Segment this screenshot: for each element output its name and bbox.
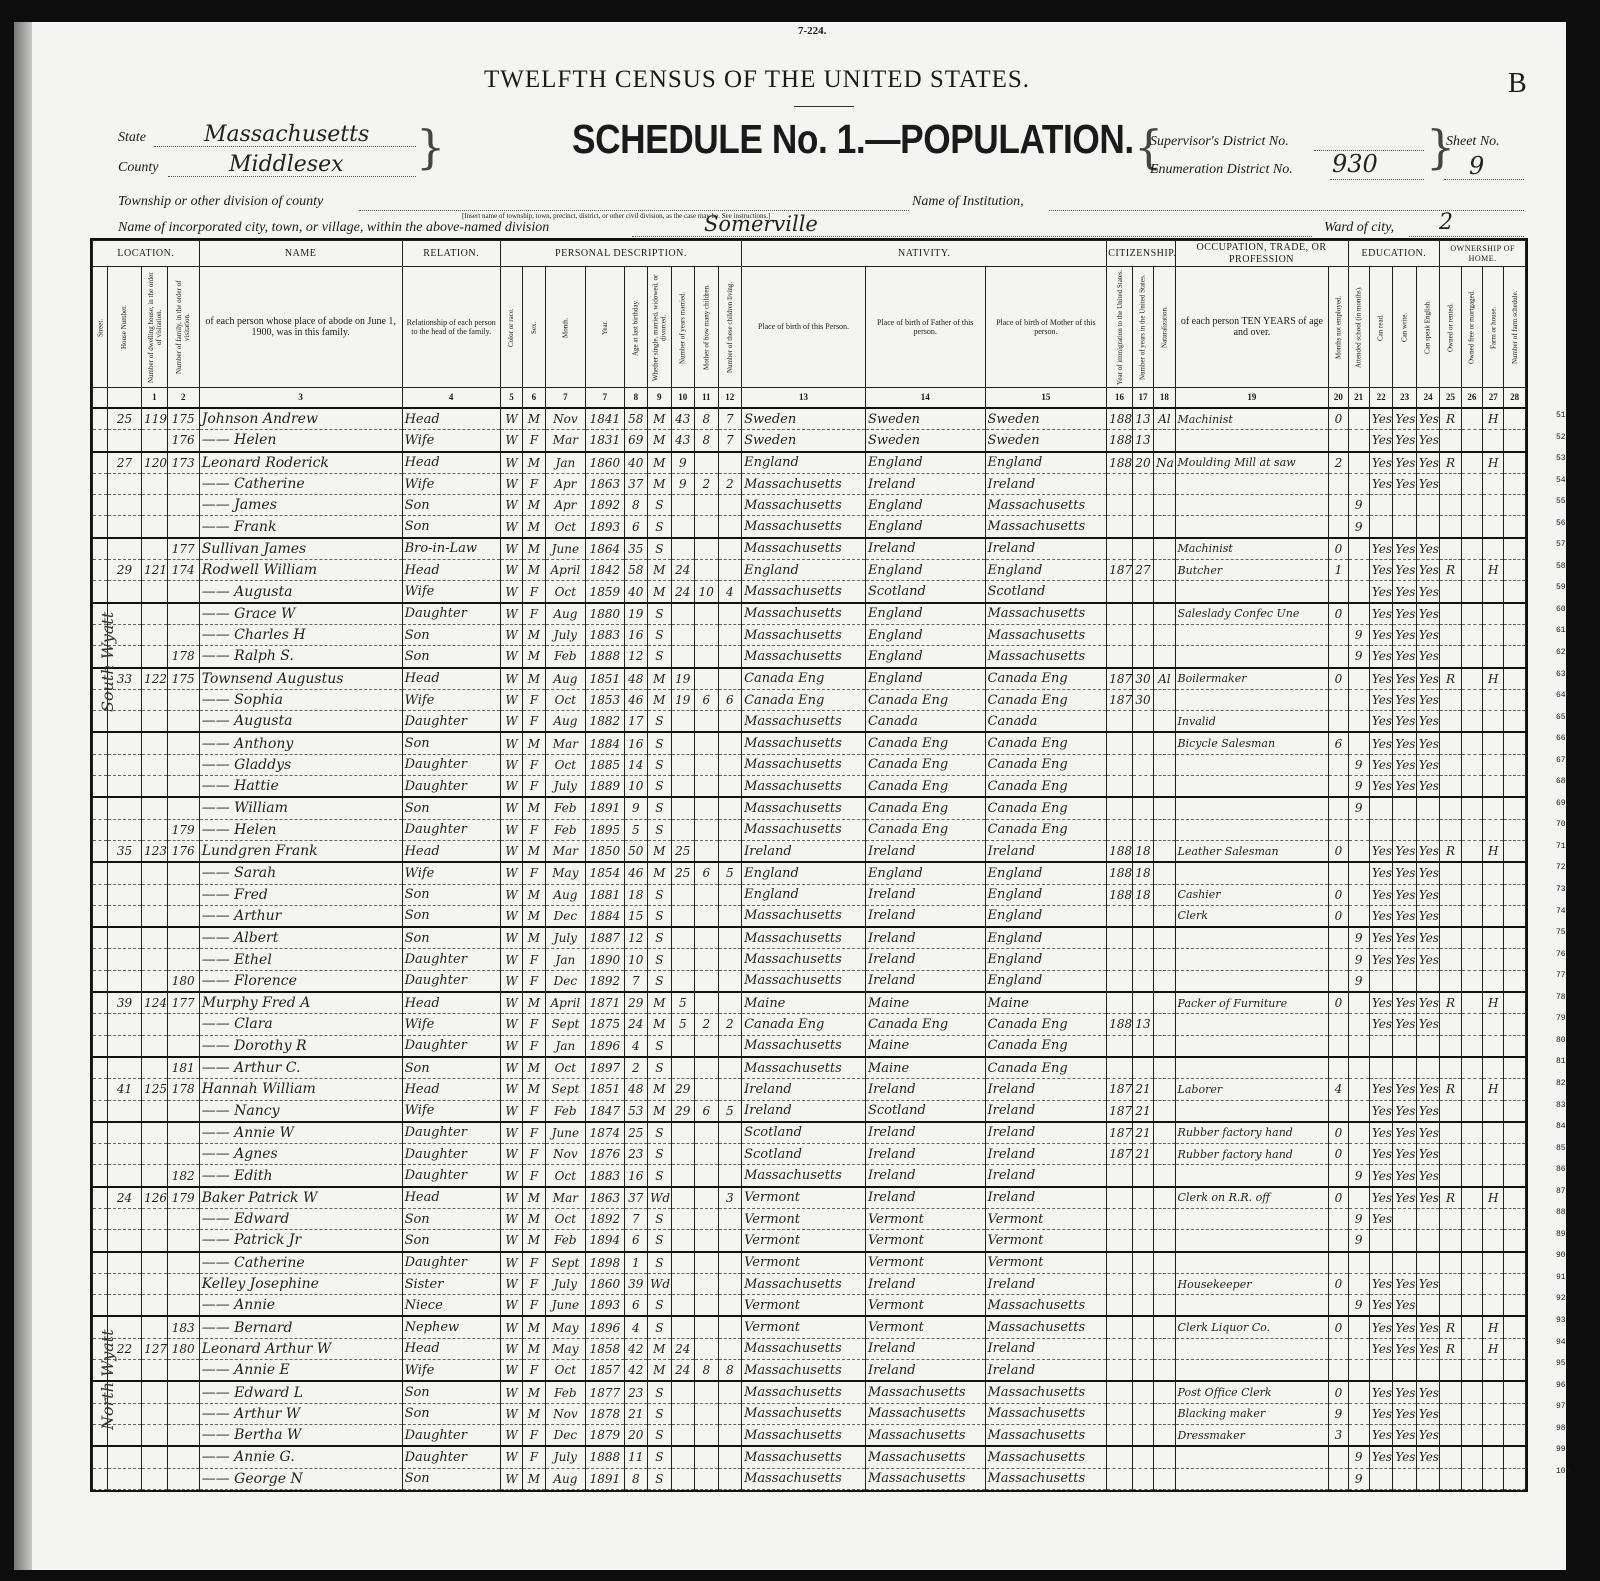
years-married-cell: 29 — [671, 1100, 694, 1122]
column-number-13: 11 — [695, 388, 718, 409]
birth-month-cell: Aug — [545, 711, 586, 733]
marital-status-cell: S — [648, 1381, 671, 1403]
can-speak-english-cell: Yes — [1416, 1165, 1440, 1187]
table-row: —— HattieDaughterWFJuly188910SMassachuse… — [93, 776, 1526, 798]
years-married-cell — [671, 1187, 694, 1209]
marital-status-cell: S — [648, 1144, 671, 1165]
owned-free-cell — [1461, 1035, 1482, 1057]
owned-free-cell — [1461, 1079, 1482, 1100]
family-number-cell — [167, 1295, 199, 1317]
birth-year-cell: 1842 — [586, 560, 624, 581]
sex-cell: F — [523, 862, 545, 884]
farm-house-cell: H — [1483, 1079, 1504, 1100]
age-cell: 2 — [624, 1057, 647, 1079]
months-unemployed-cell — [1329, 495, 1348, 516]
dwelling-number-cell — [142, 624, 168, 645]
birth-month-cell: May — [545, 1338, 586, 1359]
immigration-year-cell: 1887 — [1107, 1014, 1133, 1035]
birthplace-cell: England — [742, 884, 866, 905]
can-speak-english-cell: Yes — [1416, 732, 1440, 754]
school-months-cell — [1348, 1122, 1369, 1144]
father-birthplace-cell: Maine — [865, 992, 985, 1014]
mother-of-cell — [695, 992, 718, 1014]
person-name-cell: —— Annie E — [199, 1360, 402, 1382]
column-header-26-28: Owned free or mortgaged. — [1461, 267, 1482, 388]
children-living-cell — [718, 776, 742, 798]
mother-birthplace-cell: Canada Eng — [985, 689, 1107, 710]
mother-birthplace-cell: Ireland — [985, 1079, 1107, 1100]
table-row: 39124177Murphy Fred AHeadWMApril187129M5… — [93, 992, 1526, 1014]
birth-month-cell: July — [545, 776, 586, 798]
mother-birthplace-cell: Canada — [985, 711, 1107, 733]
children-living-cell — [718, 1468, 742, 1489]
birth-year-cell: 1892 — [586, 970, 624, 992]
sex-cell: F — [523, 1035, 545, 1057]
occupation-cell: Rubber factory hand — [1175, 1144, 1329, 1165]
relation-cell: Niece — [402, 1295, 500, 1317]
owned-rented-cell — [1440, 927, 1461, 949]
age-cell: 48 — [624, 668, 647, 690]
years-in-us-cell — [1132, 1165, 1153, 1187]
can-write-cell: Yes — [1393, 1273, 1416, 1294]
marital-status-cell: M — [648, 452, 671, 474]
relation-cell: Daughter — [402, 1122, 500, 1144]
sex-cell: M — [523, 1208, 545, 1229]
age-cell: 5 — [624, 819, 647, 840]
birth-month-cell: Mar — [545, 840, 586, 862]
birth-month-cell: July — [545, 624, 586, 645]
education-group-header: EDUCATION. — [1348, 241, 1440, 267]
farm-house-cell — [1483, 538, 1504, 560]
owned-rented-cell — [1440, 516, 1461, 538]
person-name-cell: —— Catherine — [199, 1252, 402, 1274]
naturalization-cell: Na — [1154, 452, 1175, 474]
family-number-cell: 177 — [167, 538, 199, 560]
years-in-us-cell — [1132, 473, 1153, 494]
farm-house-cell — [1483, 884, 1504, 905]
line-numbers-right: 5152535455565758596061626364656667686970… — [1556, 405, 1570, 1482]
street-cell — [93, 1057, 108, 1079]
months-unemployed-cell: 0 — [1329, 992, 1348, 1014]
farm-house-cell — [1483, 1468, 1504, 1489]
months-unemployed-cell: 9 — [1329, 1403, 1348, 1424]
marital-status-cell: S — [648, 1122, 671, 1144]
relation-cell: Son — [402, 1057, 500, 1079]
school-months-cell: 9 — [1348, 1208, 1369, 1229]
can-write-cell: Yes — [1393, 1079, 1416, 1100]
column-header-8-10: Age at last birthday. — [624, 267, 647, 388]
family-number-cell: 179 — [167, 819, 199, 840]
age-cell: 4 — [624, 1316, 647, 1338]
age-cell: 19 — [624, 603, 647, 625]
mother-birthplace-cell: Ireland — [985, 1144, 1107, 1165]
mother-of-cell — [695, 797, 718, 819]
mother-birthplace-cell: Massachusetts — [985, 1381, 1107, 1403]
mother-of-cell: 6 — [695, 689, 718, 710]
relation-cell: Wife — [402, 689, 500, 710]
house-number-cell — [107, 430, 141, 452]
person-name-cell: —— Annie W — [199, 1122, 402, 1144]
color-cell: W — [500, 927, 522, 949]
township-label: Township or other division of county — [118, 194, 323, 210]
mother-of-cell — [695, 1273, 718, 1294]
family-number-cell — [167, 884, 199, 905]
enumeration-district-label: Enumeration District No. — [1150, 162, 1293, 178]
birth-year-cell: 1892 — [586, 495, 624, 516]
family-number-cell: 173 — [167, 452, 199, 474]
years-in-us-cell — [1132, 1295, 1153, 1317]
column-number-29: 27 — [1483, 388, 1504, 409]
father-birthplace-cell: Massachusetts — [865, 1424, 985, 1446]
street-cell — [93, 992, 108, 1014]
owned-free-cell — [1461, 1230, 1482, 1252]
children-living-cell — [718, 840, 742, 862]
sex-cell: M — [523, 516, 545, 538]
months-unemployed-cell — [1329, 1468, 1348, 1489]
dwelling-number-cell: 125 — [142, 1079, 168, 1100]
birth-month-cell: Jan — [545, 949, 586, 970]
house-number-cell — [107, 905, 141, 927]
mother-birthplace-cell: Massachusetts — [985, 1403, 1107, 1424]
owned-free-cell — [1461, 1057, 1482, 1079]
occupation-cell: Packer of Furniture — [1175, 992, 1329, 1014]
relation-cell: Son — [402, 1403, 500, 1424]
school-months-cell: 9 — [1348, 495, 1369, 516]
table-row: —— FredSonWMAug188118SEnglandIrelandEngl… — [93, 884, 1526, 905]
house-number-cell — [107, 1057, 141, 1079]
location-group-header: LOCATION. — [93, 241, 200, 267]
dwelling-number-cell — [142, 1468, 168, 1489]
naturalization-cell — [1154, 560, 1175, 581]
farm-house-cell — [1483, 1424, 1504, 1446]
relation-cell: Wife — [402, 1360, 500, 1382]
can-write-cell: Yes — [1393, 905, 1416, 927]
birth-month-cell: Nov — [545, 1144, 586, 1165]
column-header-22-24: Can read. — [1369, 267, 1392, 388]
children-living-cell — [718, 992, 742, 1014]
column-number-27: 25 — [1440, 388, 1461, 409]
occupation-cell — [1175, 624, 1329, 645]
line-number: 76 — [1556, 944, 1570, 966]
years-in-us-cell — [1132, 1208, 1153, 1229]
owned-rented-cell — [1440, 1360, 1461, 1382]
occupation-cell — [1175, 1295, 1329, 1317]
column-header-17-19: Number of years in the United States. — [1132, 267, 1153, 388]
age-cell: 48 — [624, 1079, 647, 1100]
farm-schedule-cell — [1504, 1338, 1526, 1359]
family-number-cell — [167, 1144, 199, 1165]
farm-schedule-cell — [1504, 1165, 1526, 1187]
years-in-us-cell — [1132, 646, 1153, 668]
years-married-cell — [671, 624, 694, 645]
can-write-cell: Yes — [1393, 581, 1416, 603]
birth-year-cell: 1881 — [586, 884, 624, 905]
farm-schedule-cell — [1504, 840, 1526, 862]
owned-free-cell — [1461, 624, 1482, 645]
family-number-cell — [167, 495, 199, 516]
person-name-cell: —— Arthur — [199, 905, 402, 927]
sex-cell: M — [523, 538, 545, 560]
farm-schedule-cell — [1504, 1446, 1526, 1468]
street-cell — [93, 408, 108, 430]
age-cell: 42 — [624, 1338, 647, 1359]
years-married-cell — [671, 1295, 694, 1317]
mother-birthplace-cell: England — [985, 905, 1107, 927]
children-living-cell — [718, 1381, 742, 1403]
years-in-us-cell — [1132, 1057, 1153, 1079]
school-months-cell — [1348, 819, 1369, 840]
immigration-year-cell — [1107, 1360, 1133, 1382]
street-cell — [93, 516, 108, 538]
father-birthplace-cell: Ireland — [865, 949, 985, 970]
can-speak-english-cell: Yes — [1416, 646, 1440, 668]
owned-free-cell — [1461, 1208, 1482, 1229]
owned-free-cell — [1461, 711, 1482, 733]
can-write-cell: Yes — [1393, 1316, 1416, 1338]
immigration-year-cell — [1107, 581, 1133, 603]
mother-of-cell — [695, 1316, 718, 1338]
birth-month-cell: Aug — [545, 668, 586, 690]
years-in-us-cell — [1132, 1273, 1153, 1294]
farm-schedule-cell — [1504, 862, 1526, 884]
years-married-cell — [671, 711, 694, 733]
can-read-cell: Yes — [1369, 1144, 1392, 1165]
mother-of-cell — [695, 1446, 718, 1468]
can-read-cell: Yes — [1369, 408, 1392, 430]
house-number-cell — [107, 819, 141, 840]
owned-free-cell — [1461, 884, 1482, 905]
age-cell: 42 — [624, 1360, 647, 1382]
occupation-cell: Clerk — [1175, 905, 1329, 927]
owned-rented-cell — [1440, 754, 1461, 775]
birth-month-cell: Apr — [545, 473, 586, 494]
person-name-cell: —— Hattie — [199, 776, 402, 798]
owned-free-cell — [1461, 560, 1482, 581]
mother-birthplace-cell: Ireland — [985, 1165, 1107, 1187]
can-write-cell: Yes — [1393, 689, 1416, 710]
owned-rented-cell — [1440, 1230, 1461, 1252]
father-birthplace-cell: Ireland — [865, 1273, 985, 1294]
age-cell: 40 — [624, 452, 647, 474]
sex-cell: M — [523, 1381, 545, 1403]
marital-status-cell: S — [648, 1208, 671, 1229]
person-name-cell: —— Sophia — [199, 689, 402, 710]
children-living-cell: 3 — [718, 1187, 742, 1209]
color-cell: W — [500, 1100, 522, 1122]
school-months-cell: 9 — [1348, 927, 1369, 949]
farm-house-cell — [1483, 1273, 1504, 1294]
birth-year-cell: 1893 — [586, 1295, 624, 1317]
dwelling-number-cell: 127 — [142, 1338, 168, 1359]
dwelling-number-cell — [142, 949, 168, 970]
table-row: 25119175Johnson AndrewHeadWMNov184158M43… — [93, 408, 1526, 430]
immigration-year-cell — [1107, 927, 1133, 949]
can-speak-english-cell: Yes — [1416, 1273, 1440, 1294]
sex-cell: F — [523, 1252, 545, 1274]
school-months-cell — [1348, 473, 1369, 494]
years-married-cell — [671, 776, 694, 798]
age-cell: 69 — [624, 430, 647, 452]
months-unemployed-cell — [1329, 1446, 1348, 1468]
line-number: 98 — [1556, 1418, 1570, 1440]
school-months-cell: 9 — [1348, 1230, 1369, 1252]
birthplace-cell: Massachusetts — [742, 711, 866, 733]
can-speak-english-cell: Yes — [1416, 754, 1440, 775]
family-number-cell — [167, 1360, 199, 1382]
street-cell — [93, 711, 108, 733]
immigration-year-cell — [1107, 1381, 1133, 1403]
children-living-cell — [718, 1446, 742, 1468]
age-cell: 39 — [624, 1273, 647, 1294]
age-cell: 24 — [624, 1014, 647, 1035]
relation-cell: Son — [402, 624, 500, 645]
years-married-cell: 24 — [671, 560, 694, 581]
can-speak-english-cell: Yes — [1416, 1014, 1440, 1035]
occupation-cell — [1175, 819, 1329, 840]
can-speak-english-cell: Yes — [1416, 949, 1440, 970]
relation-cell: Son — [402, 646, 500, 668]
naturalization-cell — [1154, 1446, 1175, 1468]
occupation-cell — [1175, 1057, 1329, 1079]
marital-status-cell: M — [648, 430, 671, 452]
can-write-cell: Yes — [1393, 1144, 1416, 1165]
school-months-cell — [1348, 689, 1369, 710]
sex-cell: M — [523, 1316, 545, 1338]
table-row: 181—— Arthur C.SonWMOct18972SMassachuset… — [93, 1057, 1526, 1079]
dwelling-number-cell — [142, 1057, 168, 1079]
birth-month-cell: Jan — [545, 452, 586, 474]
farm-schedule-cell — [1504, 560, 1526, 581]
dwelling-number-cell — [142, 646, 168, 668]
father-birthplace-cell: England — [865, 603, 985, 625]
house-number-cell — [107, 970, 141, 992]
owned-free-cell — [1461, 516, 1482, 538]
can-speak-english-cell — [1416, 1208, 1440, 1229]
family-number-cell — [167, 1122, 199, 1144]
birth-year-cell: 1871 — [586, 992, 624, 1014]
supervisor-district-label: Supervisor's District No. — [1150, 134, 1289, 150]
occupation-cell: Housekeeper — [1175, 1273, 1329, 1294]
years-in-us-cell — [1132, 495, 1153, 516]
years-married-cell: 24 — [671, 581, 694, 603]
dwelling-number-cell — [142, 689, 168, 710]
birthplace-cell: Massachusetts — [742, 1035, 866, 1057]
can-read-cell: Yes — [1369, 884, 1392, 905]
years-married-cell — [671, 1468, 694, 1489]
mother-of-cell — [695, 711, 718, 733]
birth-month-cell: Feb — [545, 1100, 586, 1122]
street-cell — [93, 1079, 108, 1100]
farm-schedule-cell — [1504, 1208, 1526, 1229]
birth-year-cell: 1889 — [586, 776, 624, 798]
can-speak-english-cell: Yes — [1416, 668, 1440, 690]
immigration-year-cell — [1107, 754, 1133, 775]
can-speak-english-cell — [1416, 819, 1440, 840]
mother-birthplace-cell: Massachusetts — [985, 624, 1107, 645]
column-number-21: 19 — [1175, 388, 1329, 409]
family-number-cell: 179 — [167, 1187, 199, 1209]
table-row: —— ClaraWifeWFSept187524M522Canada EngCa… — [93, 1014, 1526, 1035]
children-living-cell: 5 — [718, 862, 742, 884]
line-number: 82 — [1556, 1073, 1570, 1095]
farm-house-cell: H — [1483, 840, 1504, 862]
column-header-12-14: Number of these children living. — [718, 267, 742, 388]
naturalization-cell — [1154, 1230, 1175, 1252]
years-in-us-cell — [1132, 603, 1153, 625]
mother-of-cell — [695, 1122, 718, 1144]
birth-year-cell: 1893 — [586, 516, 624, 538]
birth-year-cell: 1878 — [586, 1403, 624, 1424]
form-number: 7-224. — [798, 25, 826, 37]
dwelling-number-cell: 122 — [142, 668, 168, 690]
occupation-cell: Boilermaker — [1175, 668, 1329, 690]
street-note-north: North Wyatt — [98, 1329, 117, 1430]
owned-free-cell — [1461, 668, 1482, 690]
father-birthplace-cell: Vermont — [865, 1208, 985, 1229]
years-in-us-cell: 30 — [1132, 668, 1153, 690]
school-months-cell: 9 — [1348, 1165, 1369, 1187]
dwelling-number-cell — [142, 1381, 168, 1403]
family-number-cell — [167, 1252, 199, 1274]
birthplace-cell: Massachusetts — [742, 1338, 866, 1359]
dwelling-number-cell — [142, 516, 168, 538]
color-cell: W — [500, 1252, 522, 1274]
birth-month-cell: May — [545, 862, 586, 884]
sex-cell: F — [523, 711, 545, 733]
farm-schedule-cell — [1504, 1144, 1526, 1165]
children-living-cell — [718, 1424, 742, 1446]
marital-status-cell: S — [648, 1230, 671, 1252]
birth-month-cell: Oct — [545, 1208, 586, 1229]
school-months-cell — [1348, 1057, 1369, 1079]
family-number-cell — [167, 1424, 199, 1446]
mother-of-cell — [695, 1057, 718, 1079]
dwelling-number-cell — [142, 1122, 168, 1144]
years-married-cell — [671, 1316, 694, 1338]
street-cell — [93, 970, 108, 992]
family-number-cell: 178 — [167, 646, 199, 668]
farm-house-cell — [1483, 516, 1504, 538]
color-cell: W — [500, 840, 522, 862]
line-number: 81 — [1556, 1051, 1570, 1073]
owned-rented-cell — [1440, 1446, 1461, 1468]
sex-cell: F — [523, 754, 545, 775]
house-number-cell — [107, 711, 141, 733]
years-married-cell: 19 — [671, 668, 694, 690]
line-number: 94 — [1556, 1332, 1570, 1354]
age-cell: 23 — [624, 1144, 647, 1165]
farm-house-cell: H — [1483, 452, 1504, 474]
can-write-cell: Yes — [1393, 949, 1416, 970]
sex-cell: F — [523, 1100, 545, 1122]
column-number-14: 12 — [718, 388, 742, 409]
can-write-cell: Yes — [1393, 473, 1416, 494]
immigration-year-cell: 1879 — [1107, 1079, 1133, 1100]
years-married-cell: 9 — [671, 473, 694, 494]
line-number: 97 — [1556, 1396, 1570, 1418]
column-header-loc-1: House Number. — [107, 267, 141, 388]
immigration-year-cell — [1107, 1273, 1133, 1294]
birth-year-cell: 1853 — [586, 689, 624, 710]
street-cell — [93, 430, 108, 452]
can-read-cell: Yes — [1369, 473, 1392, 494]
years-in-us-cell — [1132, 1360, 1153, 1382]
owned-free-cell — [1461, 1316, 1482, 1338]
can-write-cell: Yes — [1393, 538, 1416, 560]
father-birthplace-cell: Ireland — [865, 1360, 985, 1382]
age-cell: 11 — [624, 1446, 647, 1468]
birth-month-cell: Oct — [545, 1057, 586, 1079]
